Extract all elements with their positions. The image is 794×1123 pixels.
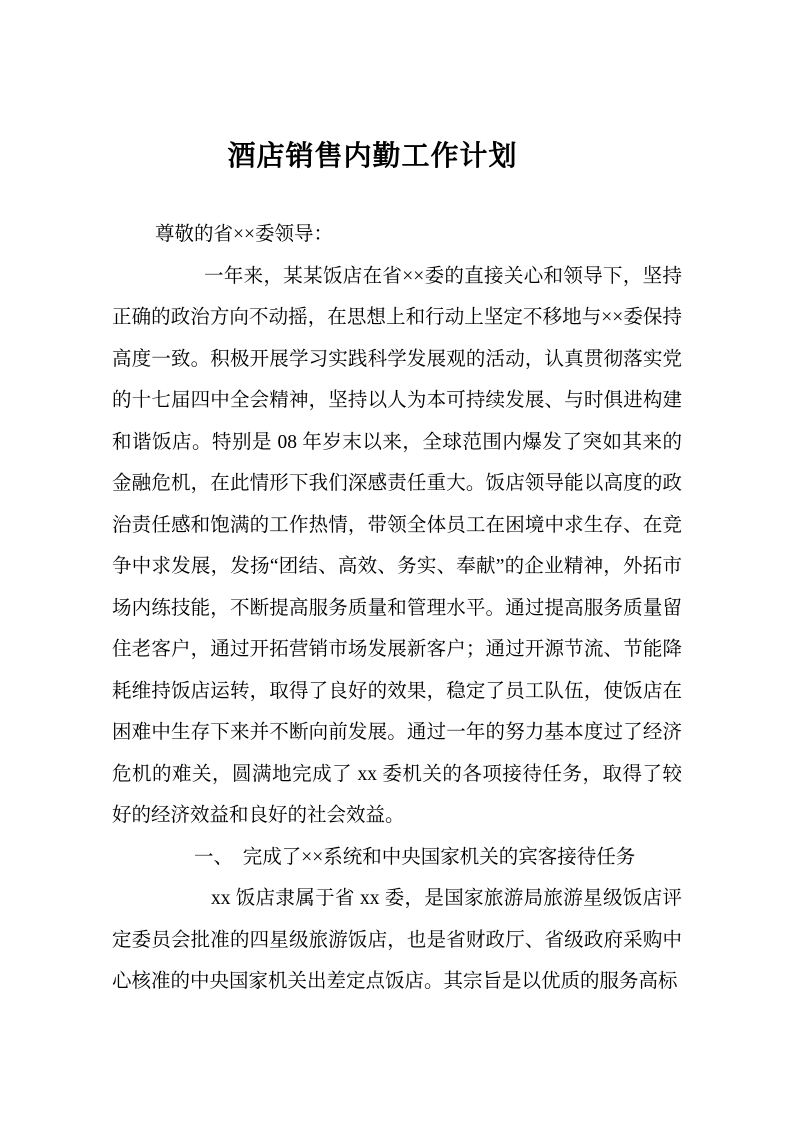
section-1-paragraph: xx 饭店隶属于省 xx 委，是国家旅游局旅游星级饭店评定委员会批准的四星级旅游…: [112, 878, 682, 1003]
document-title: 酒店销售内勤工作计划: [112, 137, 633, 177]
intro-paragraph: 一年来，某某饭店在省××委的直接关心和领导下，坚持正确的政治方向不动摇，在思想上…: [112, 256, 682, 837]
section-1-heading: 一、 完成了××系统和中央国家机关的宾客接待任务: [112, 837, 682, 879]
greeting-line: 尊敬的省××委领导：: [112, 214, 682, 256]
document-page: 酒店销售内勤工作计划 尊敬的省××委领导： 一年来，某某饭店在省××委的直接关心…: [0, 0, 794, 1123]
document-body: 酒店销售内勤工作计划 尊敬的省××委领导： 一年来，某某饭店在省××委的直接关心…: [112, 137, 682, 1003]
